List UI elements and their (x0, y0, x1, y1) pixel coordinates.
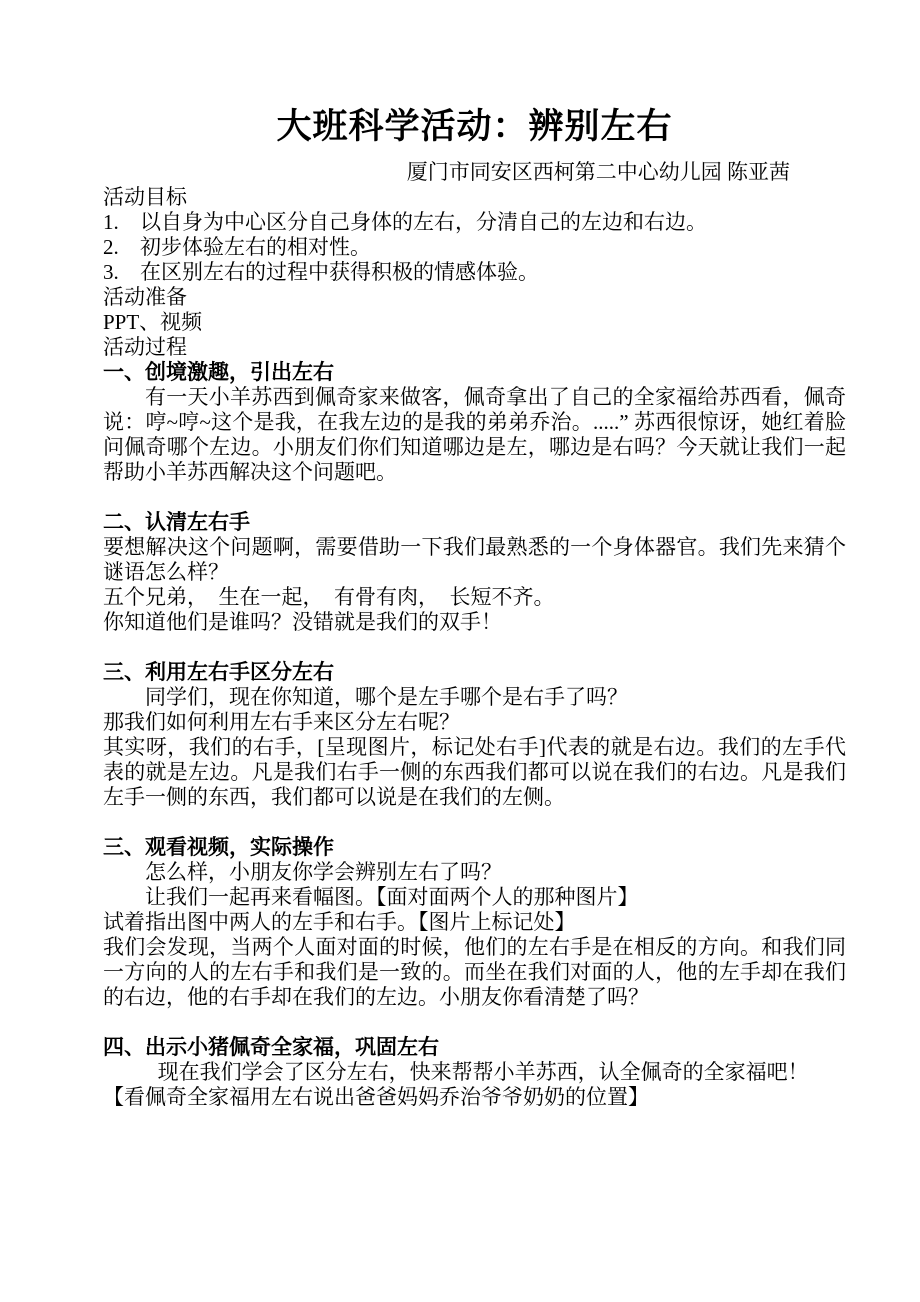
section-use-hands: 三、利用左右手区分左右 同学们，现在你知道，哪个是左手哪个是右手了吗？ 那我们如… (103, 660, 846, 810)
section-heading: 四、出示小猪佩奇全家福，巩固左右 (103, 1035, 846, 1060)
paragraph: 同学们，现在你知道，哪个是左手哪个是右手了吗？ (103, 685, 846, 710)
section-heading: 二、认清左右手 (103, 510, 846, 535)
paragraph: 我们会发现，当两个人面对面的时候，他们的左右手是在相反的方向。和我们同一方向的人… (103, 935, 846, 1010)
paragraph: 试着指出图中两人的左手和右手。【图片上标记处】 (103, 910, 846, 935)
section-video: 三、观看视频，实际操作 怎么样，小朋友你学会辨别左右了吗？ 让我们一起再来看幅图… (103, 835, 846, 1010)
goal-item: 3. 在区别左右的过程中获得积极的情感体验。 (103, 260, 846, 285)
paragraph: 你知道他们是谁吗？没错就是我们的双手！ (103, 610, 846, 635)
section-heading: 三、利用左右手区分左右 (103, 660, 846, 685)
section-know-hands: 二、认清左右手 要想解决这个问题啊，需要借助一下我们最熟悉的一个身体器官。我们先… (103, 510, 846, 635)
paragraph: 有一天小羊苏西到佩奇家来做客，佩奇拿出了自己的全家福给苏西看，佩奇说：哼~哼~这… (103, 385, 846, 485)
section-intro: 一、创境激趣，引出左右 有一天小羊苏西到佩奇家来做客，佩奇拿出了自己的全家福给苏… (103, 360, 846, 485)
paragraph: 现在我们学会了区分左右，快来帮帮小羊苏西，认全佩奇的全家福吧！ (103, 1060, 846, 1085)
goal-item: 2. 初步体验左右的相对性。 (103, 235, 846, 260)
paragraph: 要想解决这个问题啊，需要借助一下我们最熟悉的一个身体器官。我们先来猜个谜语怎么样… (103, 535, 846, 585)
paragraph: 让我们一起再来看幅图。【面对面两个人的那种图片】 (103, 885, 846, 910)
prep-content: PPT、视频 (103, 310, 846, 335)
goal-text: 初步体验左右的相对性。 (140, 235, 846, 260)
goal-number: 1. (103, 210, 140, 235)
goal-text: 在区别左右的过程中获得积极的情感体验。 (140, 260, 846, 285)
section-heading: 一、创境激趣，引出左右 (103, 360, 846, 385)
process-label: 活动过程 (103, 335, 846, 360)
doc-title: 大班科学活动：辨别左右 (103, 104, 846, 150)
goals-label: 活动目标 (103, 185, 846, 210)
paragraph: 【看佩奇全家福用左右说出爸爸妈妈乔治爷爷奶奶的位置】 (103, 1085, 846, 1110)
paragraph: 五个兄弟， 生在一起， 有骨有肉， 长短不齐。 (103, 585, 846, 610)
prep-label: 活动准备 (103, 285, 846, 310)
paragraph: 那我们如何利用左右手来区分左右呢？ (103, 710, 846, 735)
goal-number: 2. (103, 235, 140, 260)
section-heading: 三、观看视频，实际操作 (103, 835, 846, 860)
doc-byline: 厦门市同安区西柯第二中心幼儿园 陈亚茜 (103, 160, 790, 185)
goal-number: 3. (103, 260, 140, 285)
goal-item: 1. 以自身为中心区分自己身体的左右，分清自己的左边和右边。 (103, 210, 846, 235)
paragraph: 其实呀，我们的右手，[呈现图片，标记处右手]代表的就是右边。我们的左手代表的就是… (103, 735, 846, 810)
section-family-photo: 四、出示小猪佩奇全家福，巩固左右 现在我们学会了区分左右，快来帮帮小羊苏西，认全… (103, 1035, 846, 1110)
paragraph: 怎么样，小朋友你学会辨别左右了吗？ (103, 860, 846, 885)
goal-text: 以自身为中心区分自己身体的左右，分清自己的左边和右边。 (140, 210, 846, 235)
document-page: 大班科学活动：辨别左右 厦门市同安区西柯第二中心幼儿园 陈亚茜 活动目标 1. … (0, 0, 920, 1302)
